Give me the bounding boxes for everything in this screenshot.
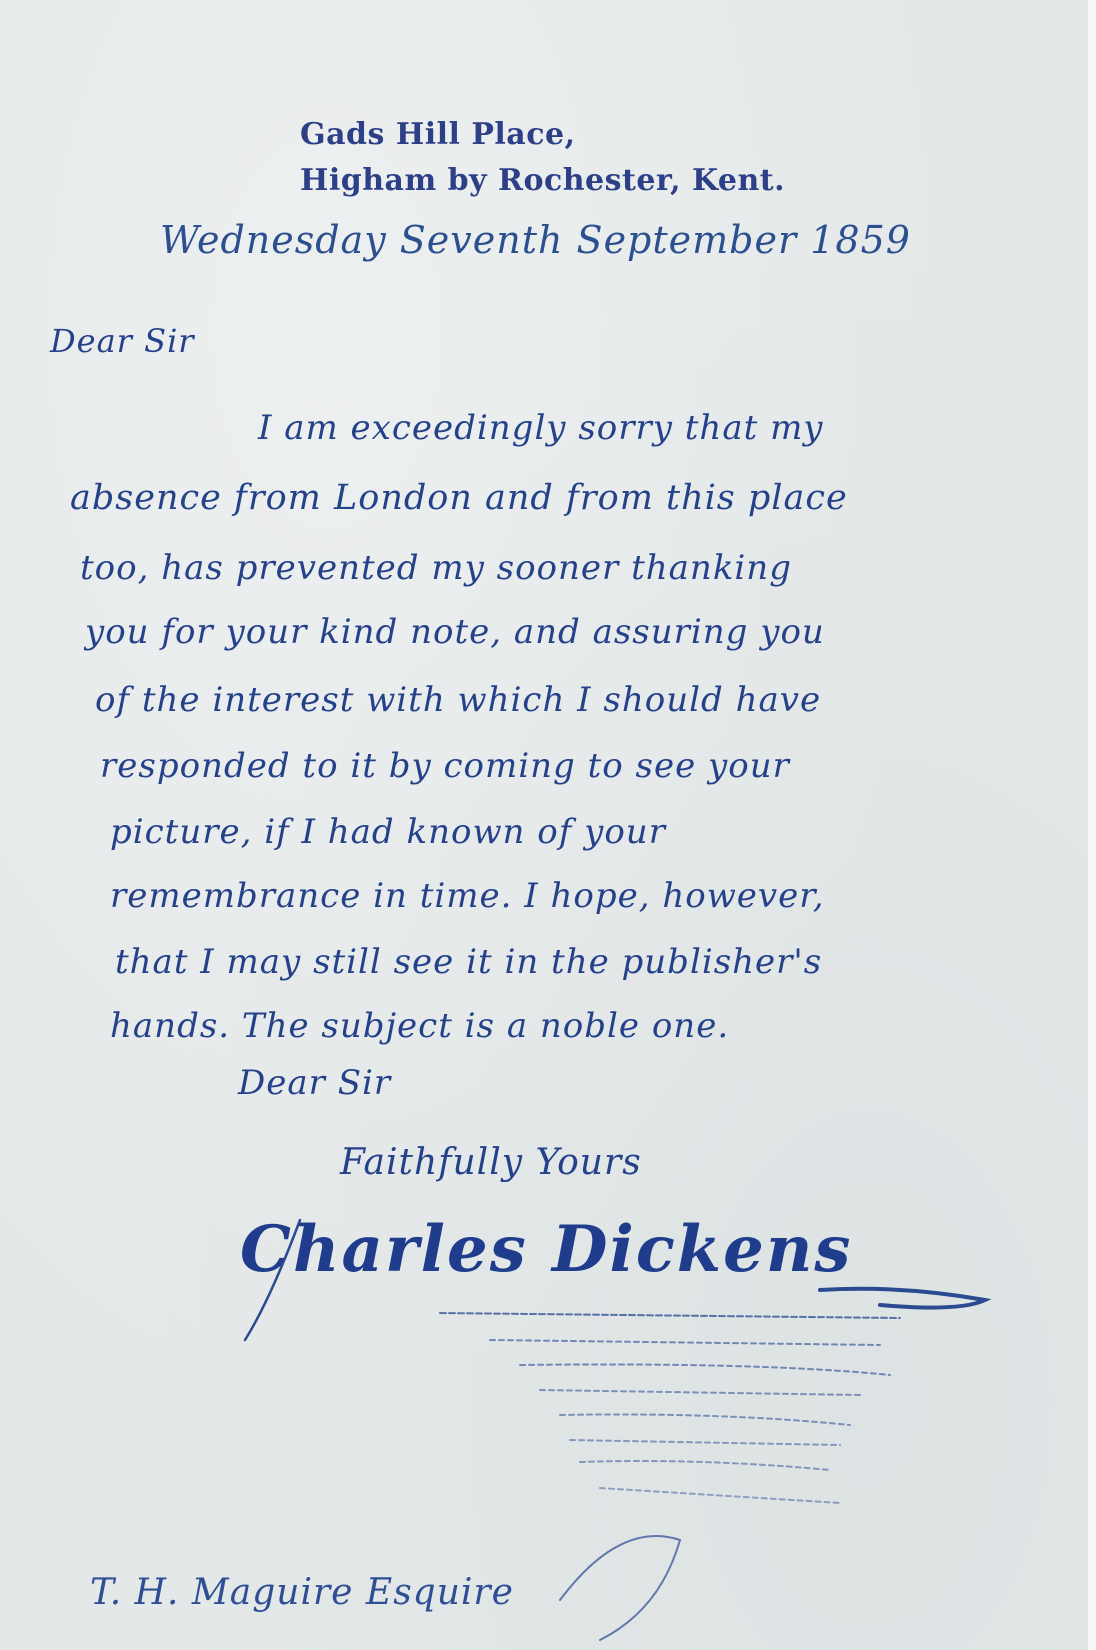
signature-flourish-icon bbox=[0, 0, 1096, 1650]
recipient-name: T. H. Maguire Esquire bbox=[90, 1572, 514, 1613]
